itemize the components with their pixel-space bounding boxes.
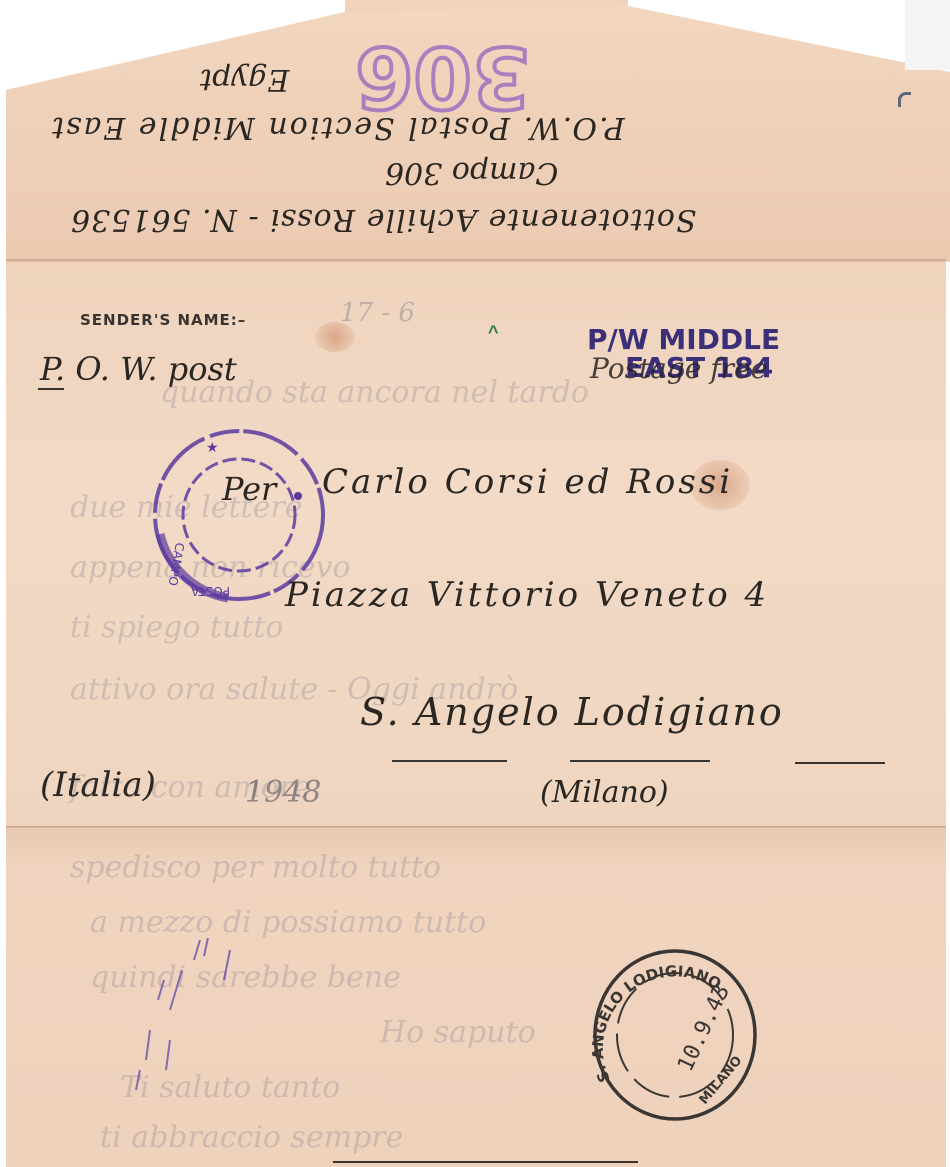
postmark-date: 10.9.43 [673,981,735,1076]
flap-sender-line-4: Egypt [200,62,289,97]
address-province: (Milano) [540,775,669,810]
flap-sender-line-1: Sottotenente Achille Rossi - N. 561536 [70,202,696,237]
sender-name-value: P. O. W. post [40,350,237,388]
svg-text:POSTA: POSTA [190,584,230,598]
address-street: Piazza Vittorio Veneto 4 [285,575,769,615]
address-prefix: Per [222,470,276,508]
flap-sender-line-3: P.O.W. Postal Section Middle East [50,110,625,145]
underline [38,388,64,390]
postmark: S. ANGELO LODIGIANO MILANO 10.9.43 [585,945,765,1125]
pow-letter-card: 306 Egypt P.O.W. Postal Section Middle E… [0,0,950,1167]
show-through-line: Ho saputo [380,1015,536,1050]
purple-ink-scribbles [120,930,280,1110]
postmark-province: MILANO [697,1053,746,1107]
sender-name-label: SENDER'S NAME:– [80,311,246,329]
address-country: (Italia) [40,765,156,805]
address-underline [392,760,507,762]
green-ink-mark: ^ [488,322,499,343]
show-through-line: ti spiego tutto [70,610,284,645]
address-panel [6,262,946,828]
show-through-line: ti abbraccio sempre [100,1120,403,1155]
flap-sender-line-2: Campo 306 [385,155,558,190]
address-town: S. Angelo Lodigiano [360,690,784,734]
censor-stamp-line1: P/W MIDDLE [587,326,780,354]
pencil-note: 17 - 6 [340,298,415,328]
address-underline [570,760,710,762]
ink-mark [898,92,911,107]
show-through-line: spedisco per molto tutto [70,850,441,885]
postage-free-note: Postage free [590,352,767,385]
address-recipient: Carlo Corsi ed Rossi [322,462,733,502]
svg-text:★: ★ [206,439,219,455]
address-underline [795,762,885,764]
bottom-edge-line [333,1161,638,1163]
pencil-number: 1948 [245,775,321,810]
